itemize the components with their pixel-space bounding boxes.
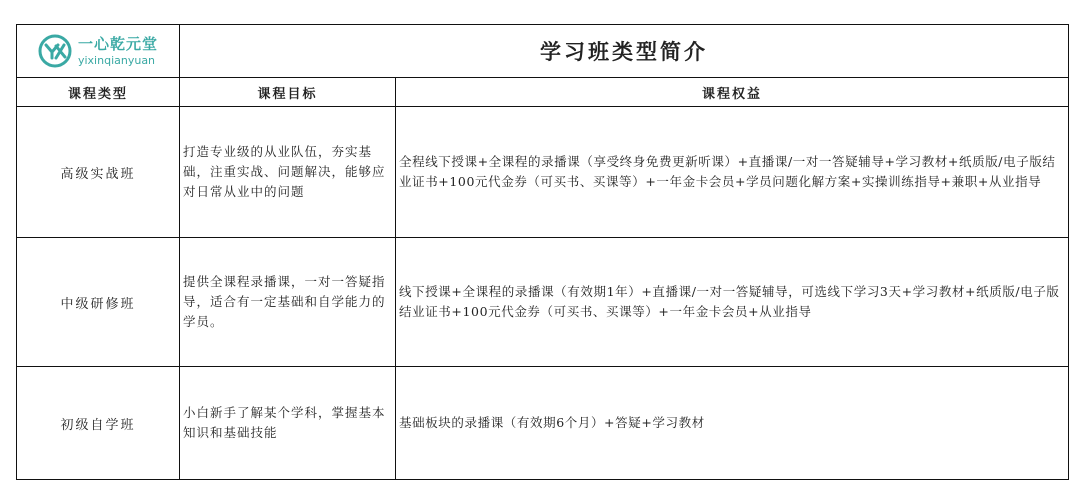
- course-benefits: 基础板块的录播课（有效期6个月）+答疑+学习教材: [396, 367, 1069, 480]
- course-goal: 打造专业级的从业队伍，夯实基础，注重实战、问题解决，能够应对日常从业中的问题: [180, 107, 396, 238]
- logo-cell: 一心乾元堂 yixinqianyuan: [17, 25, 180, 78]
- brand-name-cn: 一心乾元堂: [78, 37, 158, 52]
- header-course-benefits: 课程权益: [396, 78, 1069, 107]
- course-type: 中级研修班: [17, 238, 180, 367]
- course-goal: 小白新手了解某个学科，掌握基本知识和基础技能: [180, 367, 396, 480]
- page-title: 学习班类型简介: [180, 25, 1069, 78]
- header-course-type: 课程类型: [17, 78, 180, 107]
- course-benefits: 线下授课+全课程的录播课（有效期1年）+直播课/一对一答疑辅导，可选线下学习3天…: [396, 238, 1069, 367]
- course-benefits: 全程线下授课+全课程的录播课（享受终身免费更新听课）+直播课/一对一答疑辅导+学…: [396, 107, 1069, 238]
- course-type: 高级实战班: [17, 107, 180, 238]
- course-type: 初级自学班: [17, 367, 180, 480]
- header-row: 课程类型 课程目标 课程权益: [17, 78, 1069, 107]
- title-row: 一心乾元堂 yixinqianyuan 学习班类型简介: [17, 25, 1069, 78]
- course-types-table: 一心乾元堂 yixinqianyuan 学习班类型简介 课程类型 课程目标 课程…: [16, 24, 1069, 480]
- yx-logo-icon: [38, 34, 72, 68]
- table-row: 初级自学班 小白新手了解某个学科，掌握基本知识和基础技能 基础板块的录播课（有效…: [17, 367, 1069, 480]
- brand-name-en: yixinqianyuan: [78, 55, 158, 66]
- header-course-goal: 课程目标: [180, 78, 396, 107]
- course-goal: 提供全课程录播课，一对一答疑指导，适合有一定基础和自学能力的学员。: [180, 238, 396, 367]
- table-row: 高级实战班 打造专业级的从业队伍，夯实基础，注重实战、问题解决，能够应对日常从业…: [17, 107, 1069, 238]
- brand-logo: 一心乾元堂 yixinqianyuan: [17, 34, 179, 68]
- table-row: 中级研修班 提供全课程录播课，一对一答疑指导，适合有一定基础和自学能力的学员。 …: [17, 238, 1069, 367]
